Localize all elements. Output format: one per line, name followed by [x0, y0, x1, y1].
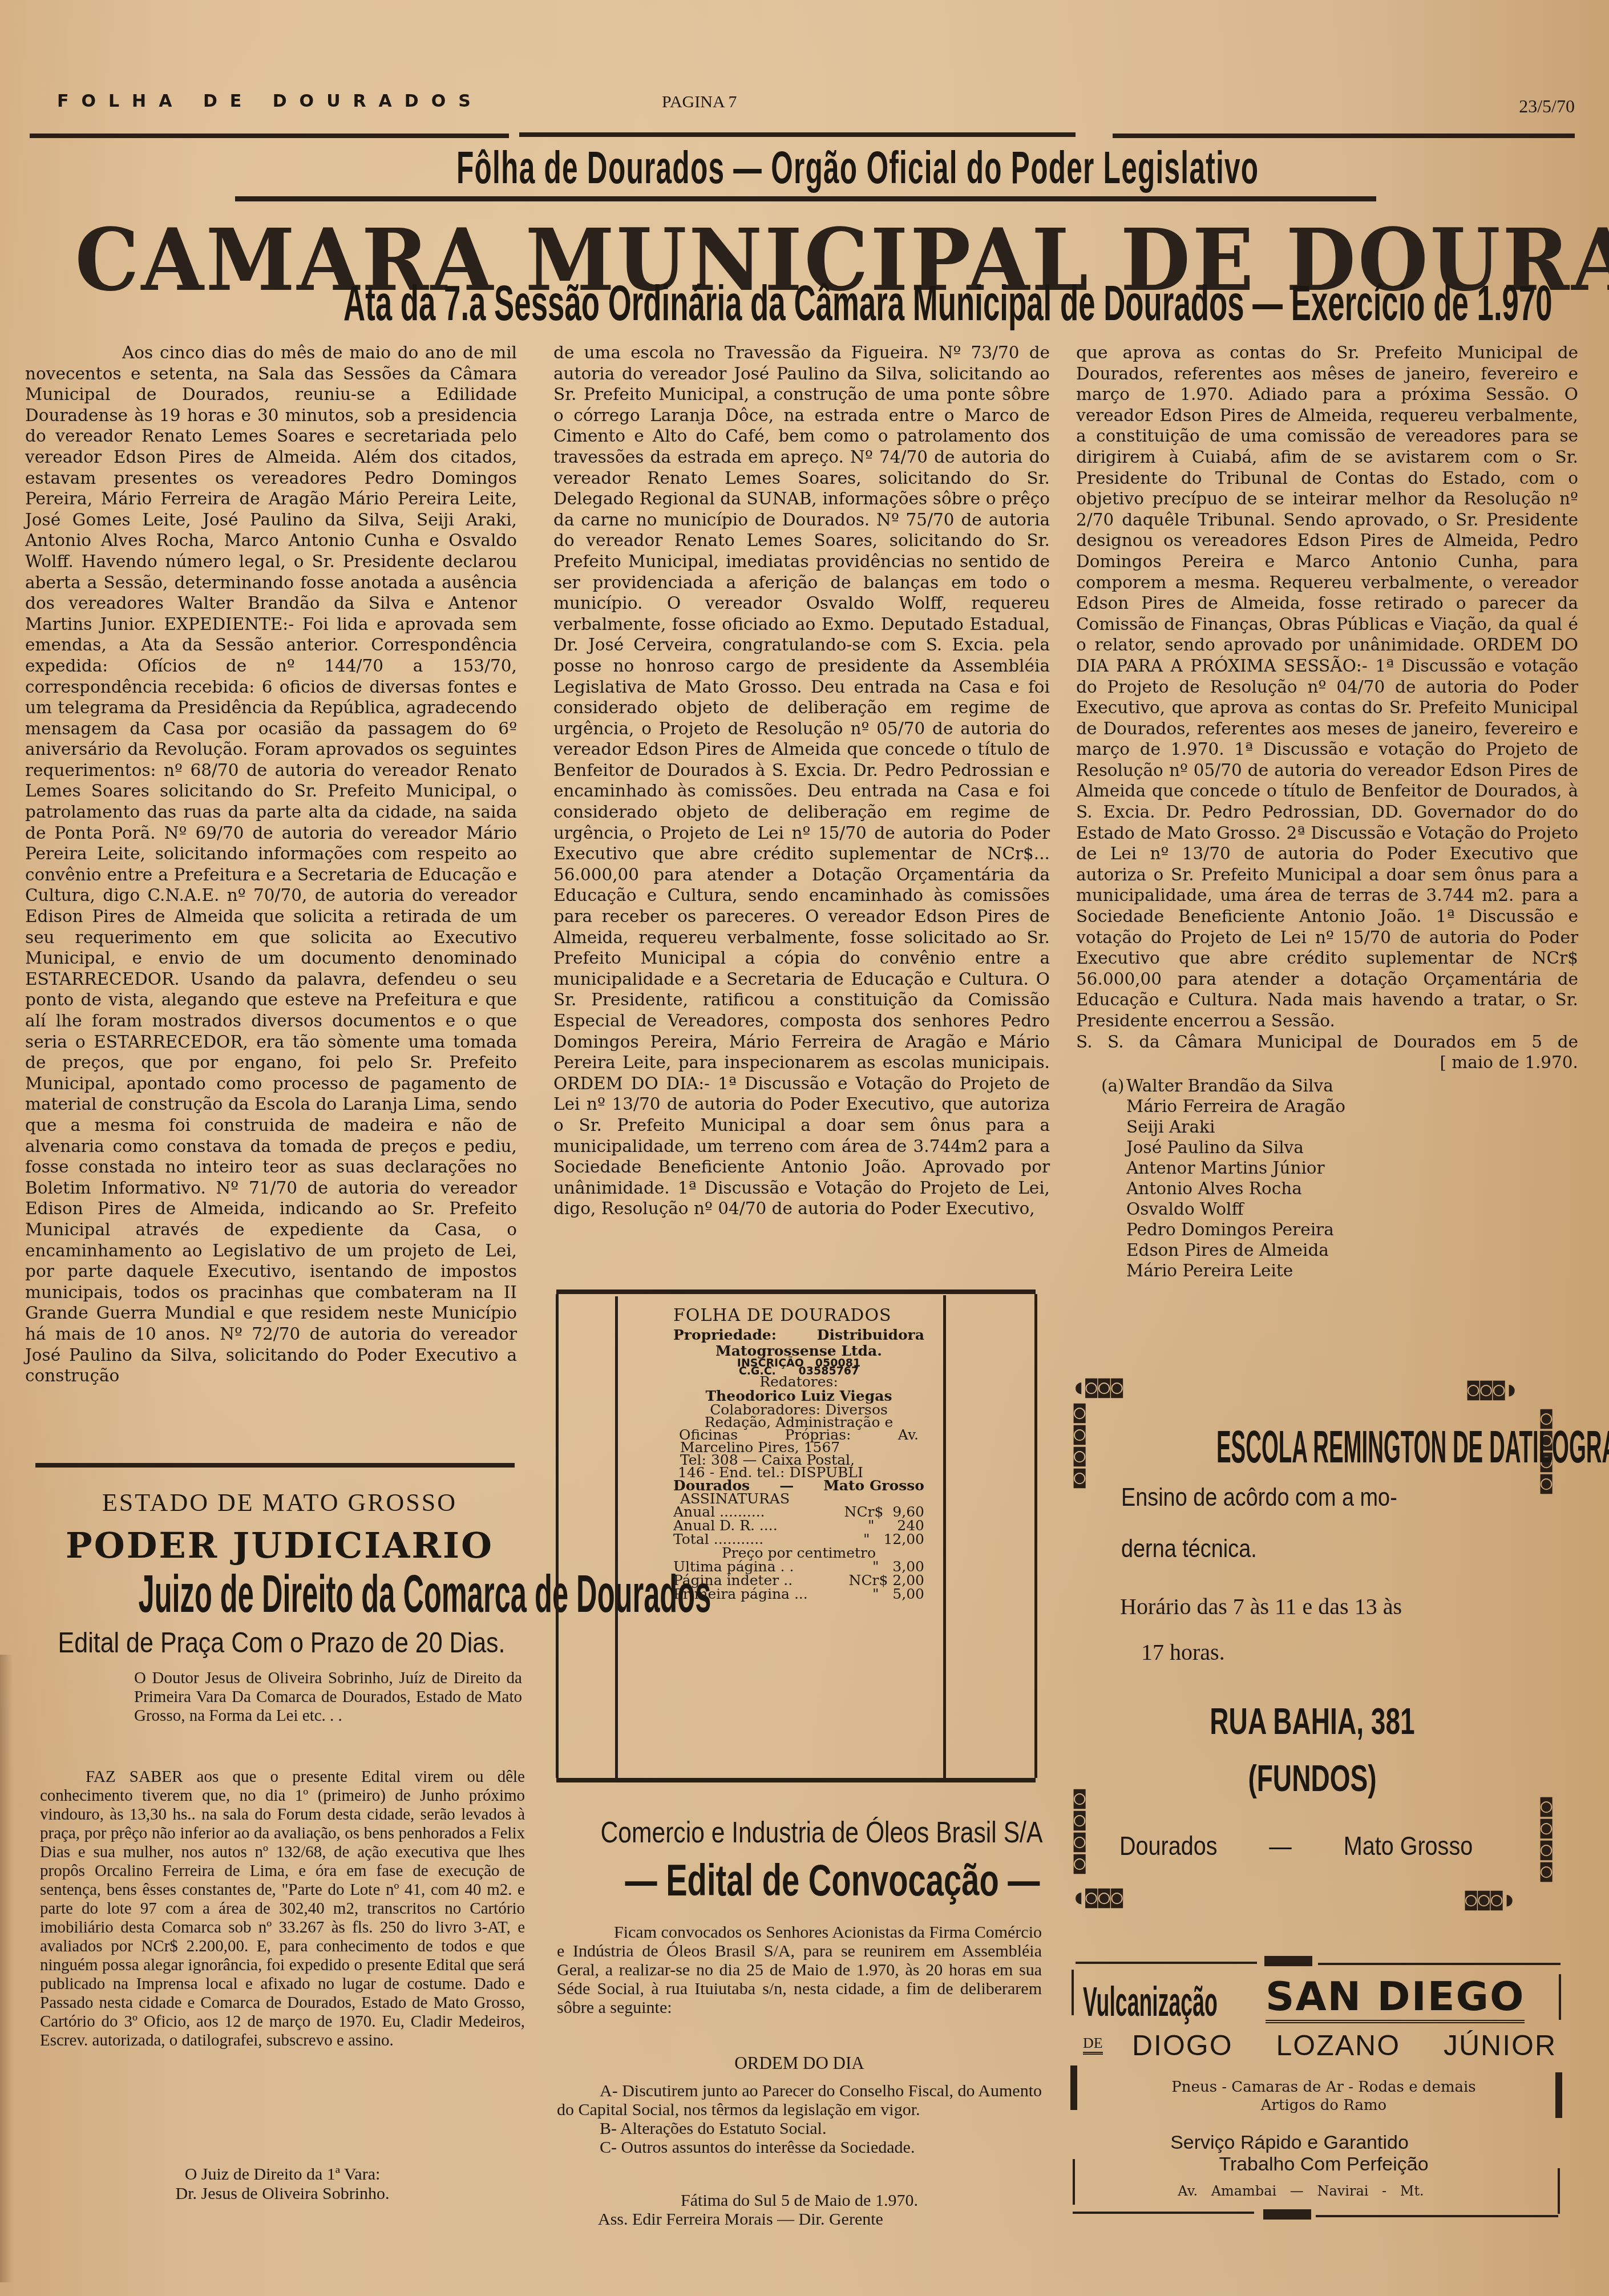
ad-frame-left-bar — [1070, 2065, 1077, 2110]
convocacao-agenda: A- Discutirem junto ao Parecer do Consel… — [557, 2081, 1042, 2157]
ad-frame-right-low — [1558, 2168, 1560, 2214]
running-header-paper: FOLHA DE DOURADOS — [57, 91, 483, 111]
signature: Edson Pires de Almeida — [1126, 1240, 1578, 1260]
ad-frame-bottom-right — [1316, 2215, 1558, 2217]
ad-frame-bottom-bar — [1263, 2209, 1311, 2220]
banner-underline — [235, 196, 1376, 201]
ad-frame-left — [1072, 1970, 1074, 2015]
judge-name: Dr. Jesus de Oliveira Sobrinho. — [40, 2184, 525, 2204]
ata-column-3: que aprova as contas do Sr. Prefeito Mun… — [1076, 342, 1578, 1281]
shop-type: Vulcanização — [1083, 1979, 1218, 2026]
official-organ-banner: Fôlha de Dourados — Orgão Oficial do Pod… — [456, 142, 1164, 194]
shop-name: SAN DIEGO — [1266, 1973, 1525, 2023]
price-row: Primeira página ..." 5,00 — [673, 1587, 924, 1601]
school-name: ESCOLA REMINGTON DE DATILOGRAFIA — [1216, 1421, 1408, 1473]
ad-frame-bottom-left — [1073, 2212, 1254, 2214]
greek-key-ornament-icon: ◙◙◙◗ — [1465, 1889, 1517, 1910]
shop-address: Av. Amambai — Navirai - Mt. — [1084, 2183, 1518, 2199]
editors-label: Redatores: — [673, 1375, 924, 1389]
signature: Antonio Alves Rocha — [1126, 1178, 1578, 1199]
page-number: PAGINA 7 — [662, 92, 737, 112]
judicial-court: Juizo de Direito da Comarca de Dourados — [139, 1565, 421, 1624]
box-border-left — [556, 1294, 559, 1778]
convocacao-date: Fátima do Sul 5 de Maio de 1.970. — [557, 2191, 1042, 2210]
greek-key-ornament-icon: ◙◙◙◗ — [1467, 1379, 1519, 1400]
ad-frame-top-bar — [1264, 1956, 1312, 1966]
greek-key-ornament-icon: ◙◙◙◙ — [1541, 1795, 1563, 1882]
ad-frame-top-left — [1076, 1962, 1257, 1964]
signature: (a)Walter Brandão da Silva — [1126, 1076, 1578, 1096]
box-border-right — [1034, 1294, 1037, 1778]
page-edge-shadow — [0, 1655, 13, 2282]
school-city: Dourados — Mato Grosso — [1119, 1830, 1473, 1861]
ata-column-2: de uma escola no Travessão da Figueira. … — [553, 342, 1050, 1219]
ata-column-3-text: que aprova as contas do Sr. Prefeito Mun… — [1076, 342, 1578, 1032]
header-rule-mid — [519, 132, 1076, 137]
owner-row: Propriedade:Distribuidora — [673, 1327, 924, 1343]
signature: Pedro Domingos Pereira — [1126, 1219, 1578, 1240]
running-header: FOLHA DE DOURADOS PAGINA 7 23/5/70 — [57, 91, 1575, 126]
signature: Mário Pereira Leite — [1126, 1260, 1578, 1281]
header-rule-right — [1113, 134, 1575, 138]
school-tagline-1: Ensino de acôrdo com a mo- — [1121, 1483, 1474, 1512]
shop-owner: DIOGO LOZANO JÚNIOR — [1110, 2029, 1578, 2062]
ad-frame-right — [1559, 1974, 1561, 2020]
judicial-power: PODER JUDICIARIO — [34, 1525, 525, 1566]
agenda-item: A- Discutirem junto ao Parecer do Consel… — [557, 2081, 1042, 2119]
school-address-2: (FUNDOS) — [1148, 1757, 1477, 1800]
convocacao-title: — Edital de Convocação — — [625, 1854, 978, 1906]
convocacao-agenda-title: ORDEM DO DIA — [557, 2053, 1042, 2073]
convocacao-signer: Ass. Edir Ferreira Morais — Dir. Gerente — [557, 2210, 1042, 2229]
signature-list: (a)Walter Brandão da Silva Mário Ferreir… — [1126, 1076, 1578, 1281]
greek-key-ornament-icon: ◖◙◙◙ — [1073, 1886, 1124, 1908]
closing-place: S. S. da Câmara Municipal de Dourados em… — [1076, 1032, 1578, 1053]
judicial-signature: O Juiz de Direito da 1ª Vara: Dr. Jesus … — [40, 2165, 525, 2204]
box-rule-bottom — [556, 1778, 1036, 1782]
header-rule-left — [30, 134, 509, 138]
shop-products: Pneus - Camaras de Ar - Rodas e demais A… — [1084, 2078, 1563, 2115]
section-divider — [35, 1463, 515, 1468]
closing-date: [ maio de 1.970. — [1076, 1052, 1578, 1073]
judicial-edital-title: Edital de Praça Com o Prazo de 20 Dias. — [58, 1626, 490, 1659]
signature: Seiji Araki — [1126, 1117, 1578, 1137]
school-hours-2: 17 horas. — [1141, 1639, 1552, 1666]
greek-key-ornament-icon: ◖◙◙◙ — [1073, 1376, 1124, 1398]
box-inner-left — [615, 1296, 618, 1778]
minutes-headline: Ata da 7.a Sessão Ordinária da Câmara Mu… — [343, 274, 1271, 332]
agenda-item: B- Alterações do Estatuto Social. — [557, 2119, 1042, 2138]
school-address: RUA BAHIA, 381 — [1148, 1700, 1477, 1743]
signature-prefix: (a) — [1101, 1076, 1126, 1096]
ad-frame-top-right — [1318, 1963, 1561, 1965]
greek-key-ornament-icon: ◙◙◙◙ — [1074, 1401, 1097, 1488]
agenda-item: C- Outros assuntos do interêsse da Socie… — [557, 2138, 1042, 2157]
judicial-body: FAZ SABER aos que o presente Edital vire… — [40, 1768, 525, 2050]
shop-de: DE — [1083, 2035, 1103, 2055]
school-hours-1: Horário das 7 às 11 e das 13 às — [1120, 1593, 1531, 1620]
expediente-box: FOLHA DE DOURADOS Propriedade:Distribuid… — [673, 1304, 924, 1601]
ata-column-1: Aos cinco dias do mês de maio do ano de … — [25, 342, 517, 1387]
judicial-intro: O Doutor Jesus de Oliveira Sobrinho, Juí… — [134, 1669, 522, 1725]
convocacao-company: Comercio e Industria de Óleos Brasil S/A — [600, 1816, 1002, 1850]
box-inner-right — [943, 1295, 946, 1780]
convocacao-signature: Fátima do Sul 5 de Maio de 1.970. Ass. E… — [557, 2191, 1042, 2229]
expediente-title: FOLHA DE DOURADOS — [673, 1304, 924, 1327]
judicial-state: ESTADO DE MATO GROSSO — [34, 1488, 525, 1517]
signature: Mário Ferreira de Aragão — [1126, 1096, 1578, 1117]
convocacao-body: Ficam convocados os Senhores Acionistas … — [557, 1923, 1042, 2017]
signature: Osvaldo Wolff — [1126, 1199, 1578, 1219]
greek-key-ornament-icon: ◙◙◙◙ — [1074, 1787, 1097, 1874]
judge-role: O Juiz de Direito da 1ª Vara: — [40, 2165, 525, 2184]
school-tagline-2: derna técnica. — [1121, 1535, 1474, 1563]
signature: José Paulino da Silva — [1126, 1137, 1578, 1158]
signature: Antenor Martins Júnior — [1126, 1158, 1578, 1178]
box-rule-top — [556, 1290, 1036, 1294]
issue-date: 23/5/70 — [1519, 96, 1575, 117]
ad-frame-left-low — [1073, 2159, 1075, 2205]
shop-services: Serviço Rápido e Garantido Trabalho Com … — [1084, 2132, 1563, 2175]
